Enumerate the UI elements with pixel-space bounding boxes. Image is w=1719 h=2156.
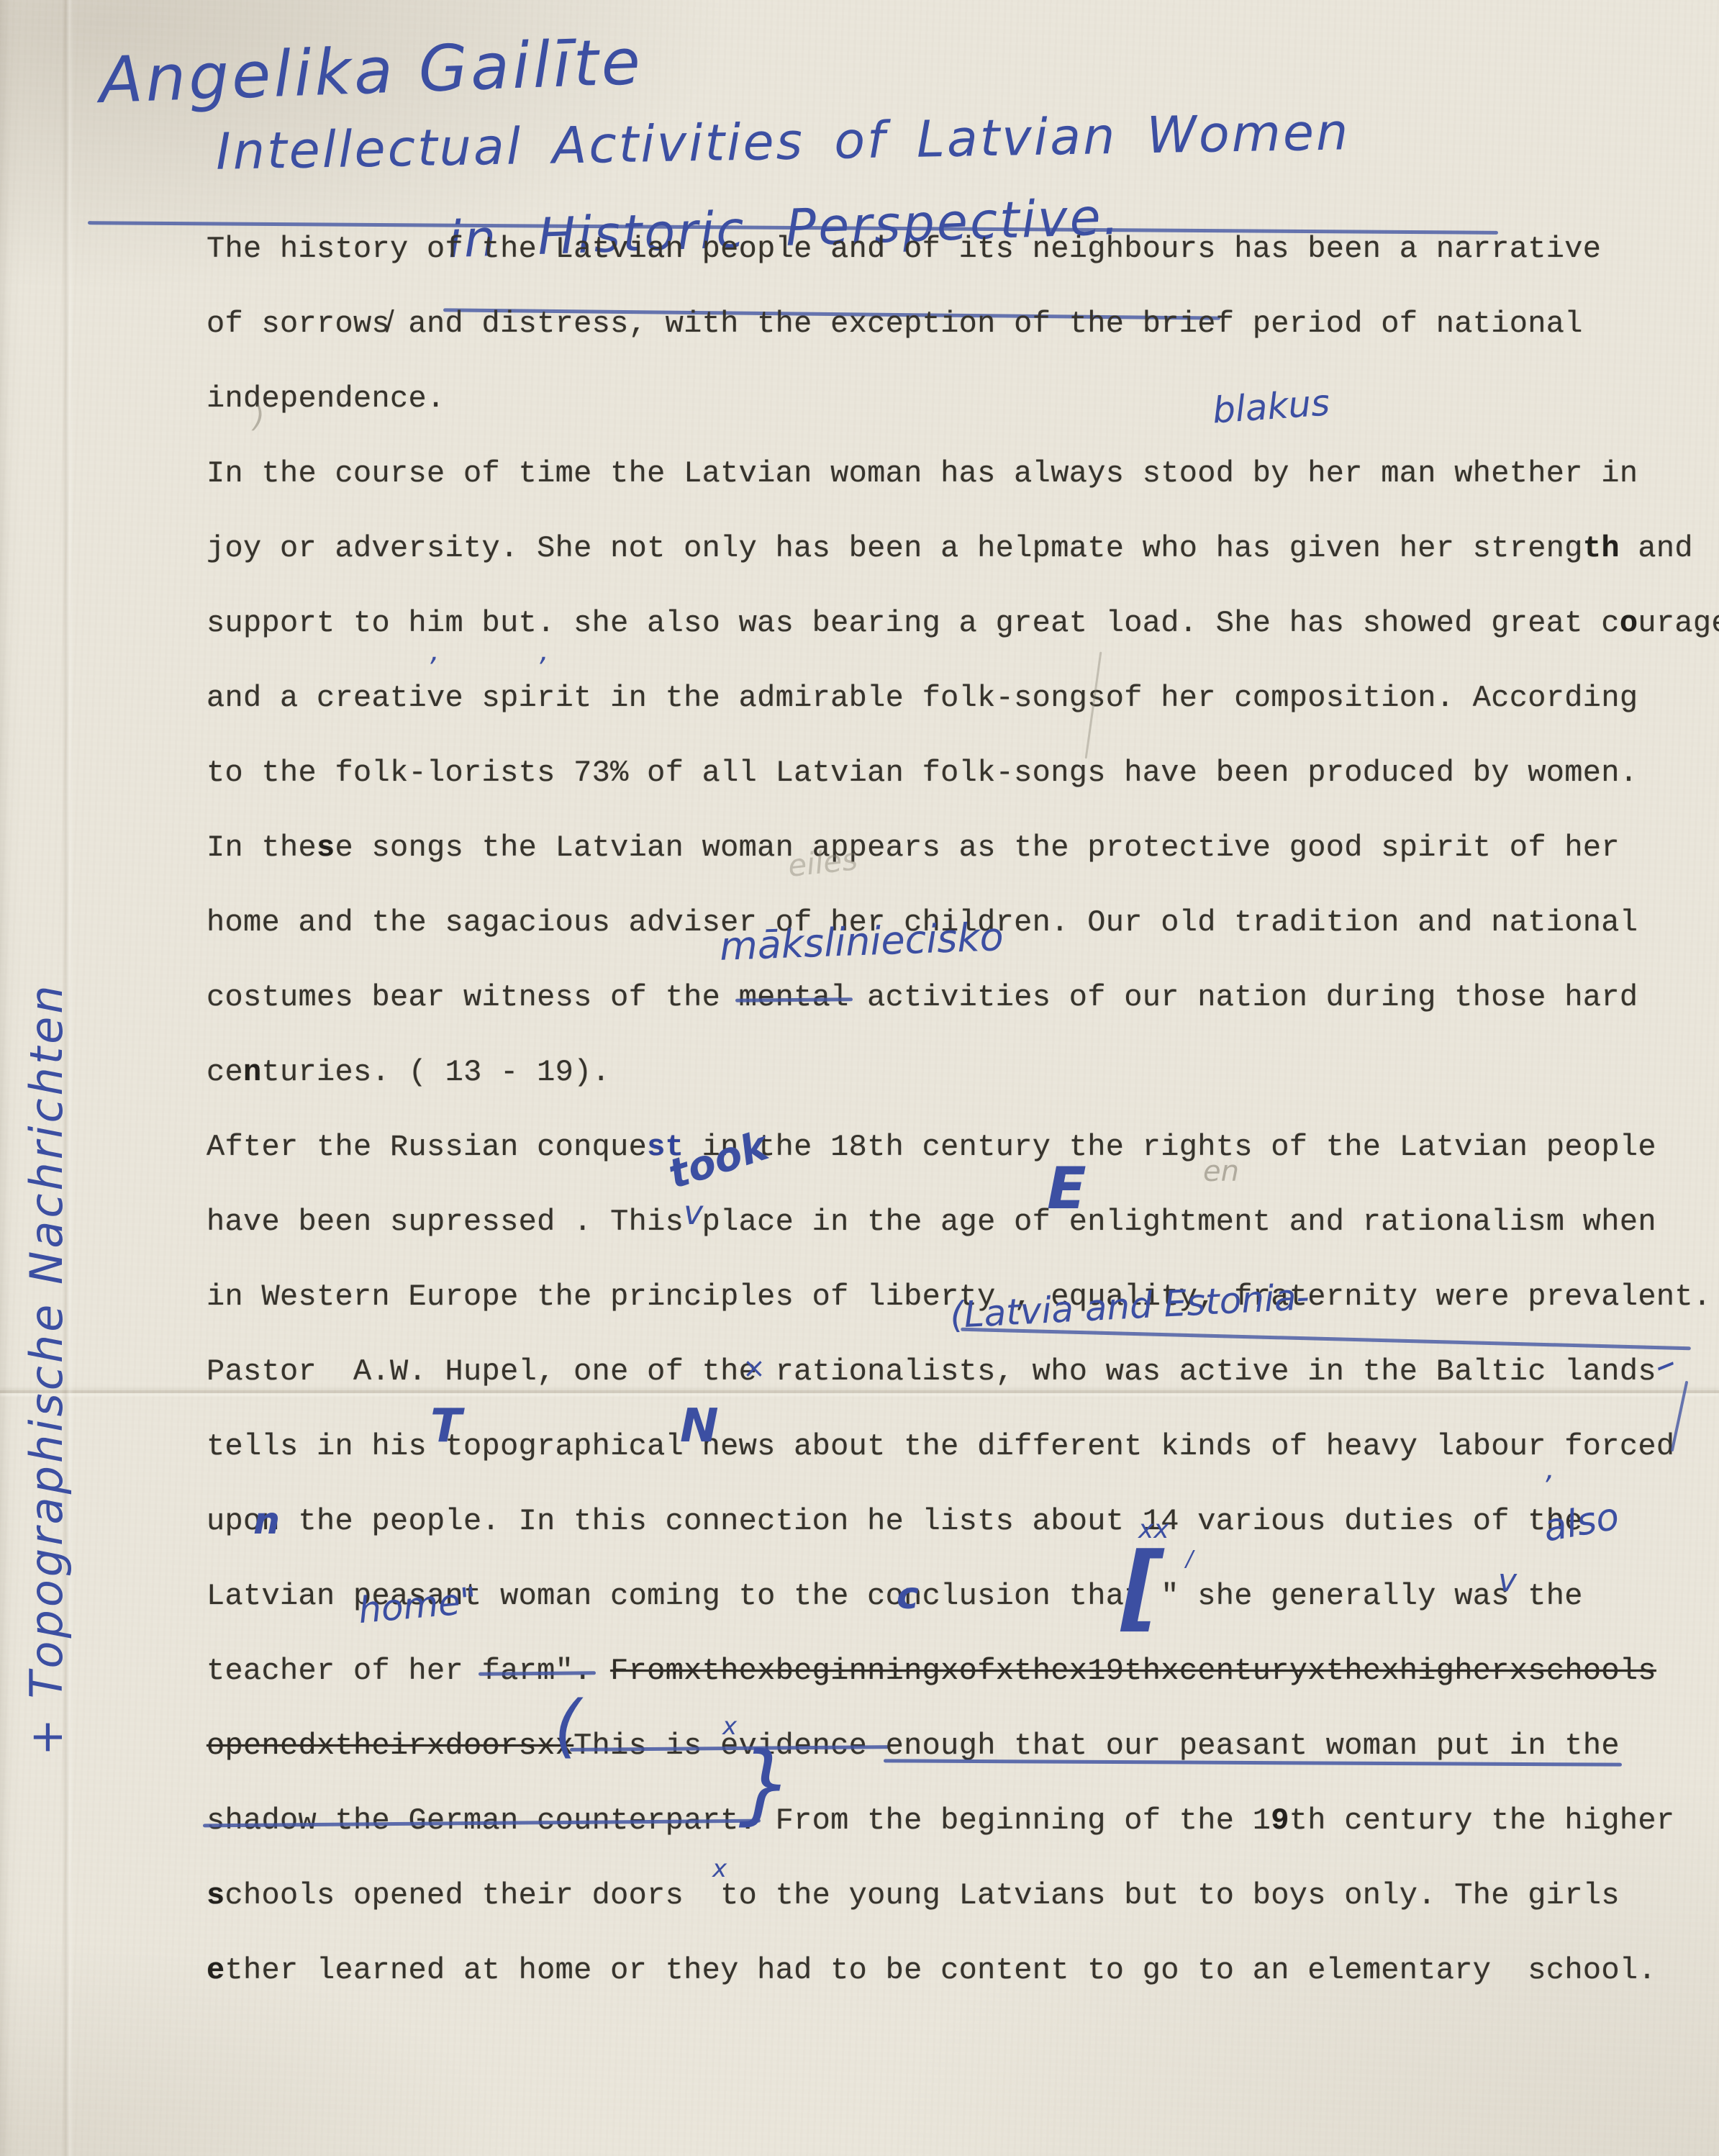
typed-overstrike: s [317, 830, 335, 865]
handwritten-replacement-maksliniecisko: māksliniecisko [719, 918, 1004, 966]
ink-xx-marks: xx [1138, 1517, 1169, 1543]
typed-segment: joy or adversity. She not only has been … [207, 531, 1583, 566]
typed-segment: to the folk-lorists 73% of all Latvian f… [207, 756, 1638, 790]
faint-pencil-note: eiles [786, 844, 859, 882]
scanned-typescript-page: Angelika Gailīte Intellectual Activities… [0, 0, 1719, 2156]
ink-corrected-c: c [897, 1577, 919, 1615]
typed-line: openedxtheirxdoorsxxThis is evidence eno… [207, 1729, 1620, 1770]
typed-line: The history of the Latvian people and of… [207, 232, 1601, 273]
typed-segment: The history of the Latvian people and of… [207, 232, 1601, 266]
typed-segment: urage [1638, 606, 1719, 640]
insertion-caret: v [684, 1196, 703, 1229]
typed-segment: ce [207, 1055, 243, 1090]
typed-word-struck-ink: mental [739, 980, 849, 1015]
typed-line: have been supressed . This place in the … [207, 1205, 1656, 1246]
typed-line: joy or adversity. She not only has been … [207, 531, 1693, 573]
typed-segment: independence. [207, 381, 445, 416]
capitalization-E: E [1047, 1160, 1087, 1218]
typed-overstrike: s [207, 1878, 225, 1913]
typed-line: independence. [207, 381, 445, 423]
typed-segment: costumes bear witness of the [207, 980, 739, 1015]
typed-line: Pastor A.W. Hupel, one of the rationalis… [207, 1354, 1656, 1396]
typed-word-struck-ink: shadow the German counterpart. [207, 1803, 757, 1838]
typed-segment: e songs the Latvian woman appears as the… [335, 830, 1620, 865]
typed-overstrike: n [243, 1055, 262, 1090]
typed-line: to the folk-lorists 73% of all Latvian f… [207, 756, 1638, 797]
typed-xed-out: Fromxthexbeginningxofxthex19thxcenturyxt… [610, 1654, 1656, 1688]
ink-bracket-open: [ [1121, 1540, 1164, 1634]
capitalization-T: T [430, 1403, 462, 1449]
typed-line: shadow the German counterpart. From the … [207, 1803, 1674, 1845]
typed-segment: support to him but. she also was bearing… [207, 606, 1620, 640]
typed-overstrike: th [1583, 531, 1620, 566]
typed-line: teacher of her farm". Fromxthexbeginning… [207, 1654, 1656, 1695]
typed-segment: teacher of her [207, 1654, 482, 1688]
typed-word-struck-ink: farm". [482, 1654, 592, 1688]
typed-segment: and a creative spirit in the admirable f… [207, 681, 1106, 715]
inserted-comma: , [430, 637, 440, 666]
asterisk-mark: × [743, 1354, 766, 1382]
typed-segment: in the 18th century the rights of the La… [684, 1130, 1656, 1164]
typed-segment: and [1620, 531, 1693, 566]
typed-line: In these songs the Latvian woman appears… [207, 830, 1620, 872]
ink-brace-close: } [738, 1741, 793, 1828]
ink-underline-squiggle [961, 1328, 1691, 1351]
typed-underlined-ink: enough that our peasant woman put in the [886, 1729, 1620, 1763]
typed-segment: of her composition. According [1106, 681, 1638, 715]
ink-paren-open: ( [554, 1693, 581, 1761]
typed-line: upon the people. In this connection he l… [207, 1504, 1583, 1546]
insertion-caret: v [1498, 1565, 1517, 1597]
replacement-word-home: home" [357, 1582, 478, 1629]
ink-x-mark: x [712, 1857, 727, 1881]
typed-segment: upon the people. In this connection he l… [207, 1504, 1583, 1539]
typed-line: After the Russian conquest in the 18th c… [207, 1130, 1656, 1172]
typed-xed-out: openedxtheirxdoorsxx [207, 1729, 573, 1763]
typed-segment: have been supressed . This place in the … [207, 1205, 1656, 1239]
typed-segment: chools opened their doors to the young L… [225, 1878, 1620, 1913]
typed-segment: tells in his topographical news about th… [207, 1429, 1674, 1464]
typed-line: of sorrows̸ and distress, with the excep… [207, 307, 1583, 348]
typed-line: In the course of time the Latvian woman … [207, 456, 1638, 498]
pencil-mark: ) [253, 403, 265, 432]
pencil-insertion-en: en [1203, 1157, 1239, 1186]
typed-overstrike: e [207, 1953, 225, 1988]
typed-segment: turies. ( 13 - 19). [262, 1055, 611, 1090]
title-line1-handwritten: Intellectual Activities of Latvian Women [216, 107, 1351, 176]
handwritten-note-blakus: blakus [1211, 384, 1330, 428]
typed-segment: In the course of time the Latvian woman … [207, 456, 1638, 491]
typed-segment: Pastor A.W. Hupel, one of the rationalis… [207, 1354, 1656, 1389]
typed-segment: After the Russian conque [207, 1130, 647, 1164]
typed-segment: activities of our nation during those ha… [849, 980, 1638, 1015]
typed-line: centuries. ( 13 - 19). [207, 1055, 610, 1097]
typed-segment: From the beginning of the 1 [757, 1803, 1271, 1838]
inserted-comma: , [1546, 1455, 1555, 1484]
typed-line: ether learned at home or they had to be … [207, 1953, 1656, 1995]
typed-overstrike: o [1620, 606, 1638, 640]
typed-line: tells in his topographical news about th… [207, 1429, 1674, 1471]
capitalization-tick: / [1186, 1549, 1193, 1570]
ink-x-mark: x [722, 1714, 737, 1739]
typed-line: costumes bear witness of the mental acti… [207, 980, 1638, 1022]
inserted-word-also: also [1541, 1498, 1622, 1547]
capitalization-N: N [680, 1403, 719, 1449]
typed-segment: of sorrows̸ and distress, with the excep… [207, 307, 1583, 341]
inserted-comma: , [540, 637, 549, 666]
author-handwritten: Angelika Gailīte [99, 30, 644, 112]
typed-line: schools opened their doors to the young … [207, 1878, 1620, 1920]
typed-segment: In the [207, 830, 317, 865]
typed-overstrike: 9 [1271, 1803, 1289, 1838]
margin-note-handwritten: + Topographische Nachrichten [24, 982, 69, 1756]
typed-segment: th century the higher [1289, 1803, 1675, 1838]
typed-segment: ther learned at home or they had to be c… [225, 1953, 1656, 1988]
typed-line: and a creative spirit in the admirable f… [207, 681, 1638, 723]
ink-corrected-n: n [253, 1503, 280, 1540]
